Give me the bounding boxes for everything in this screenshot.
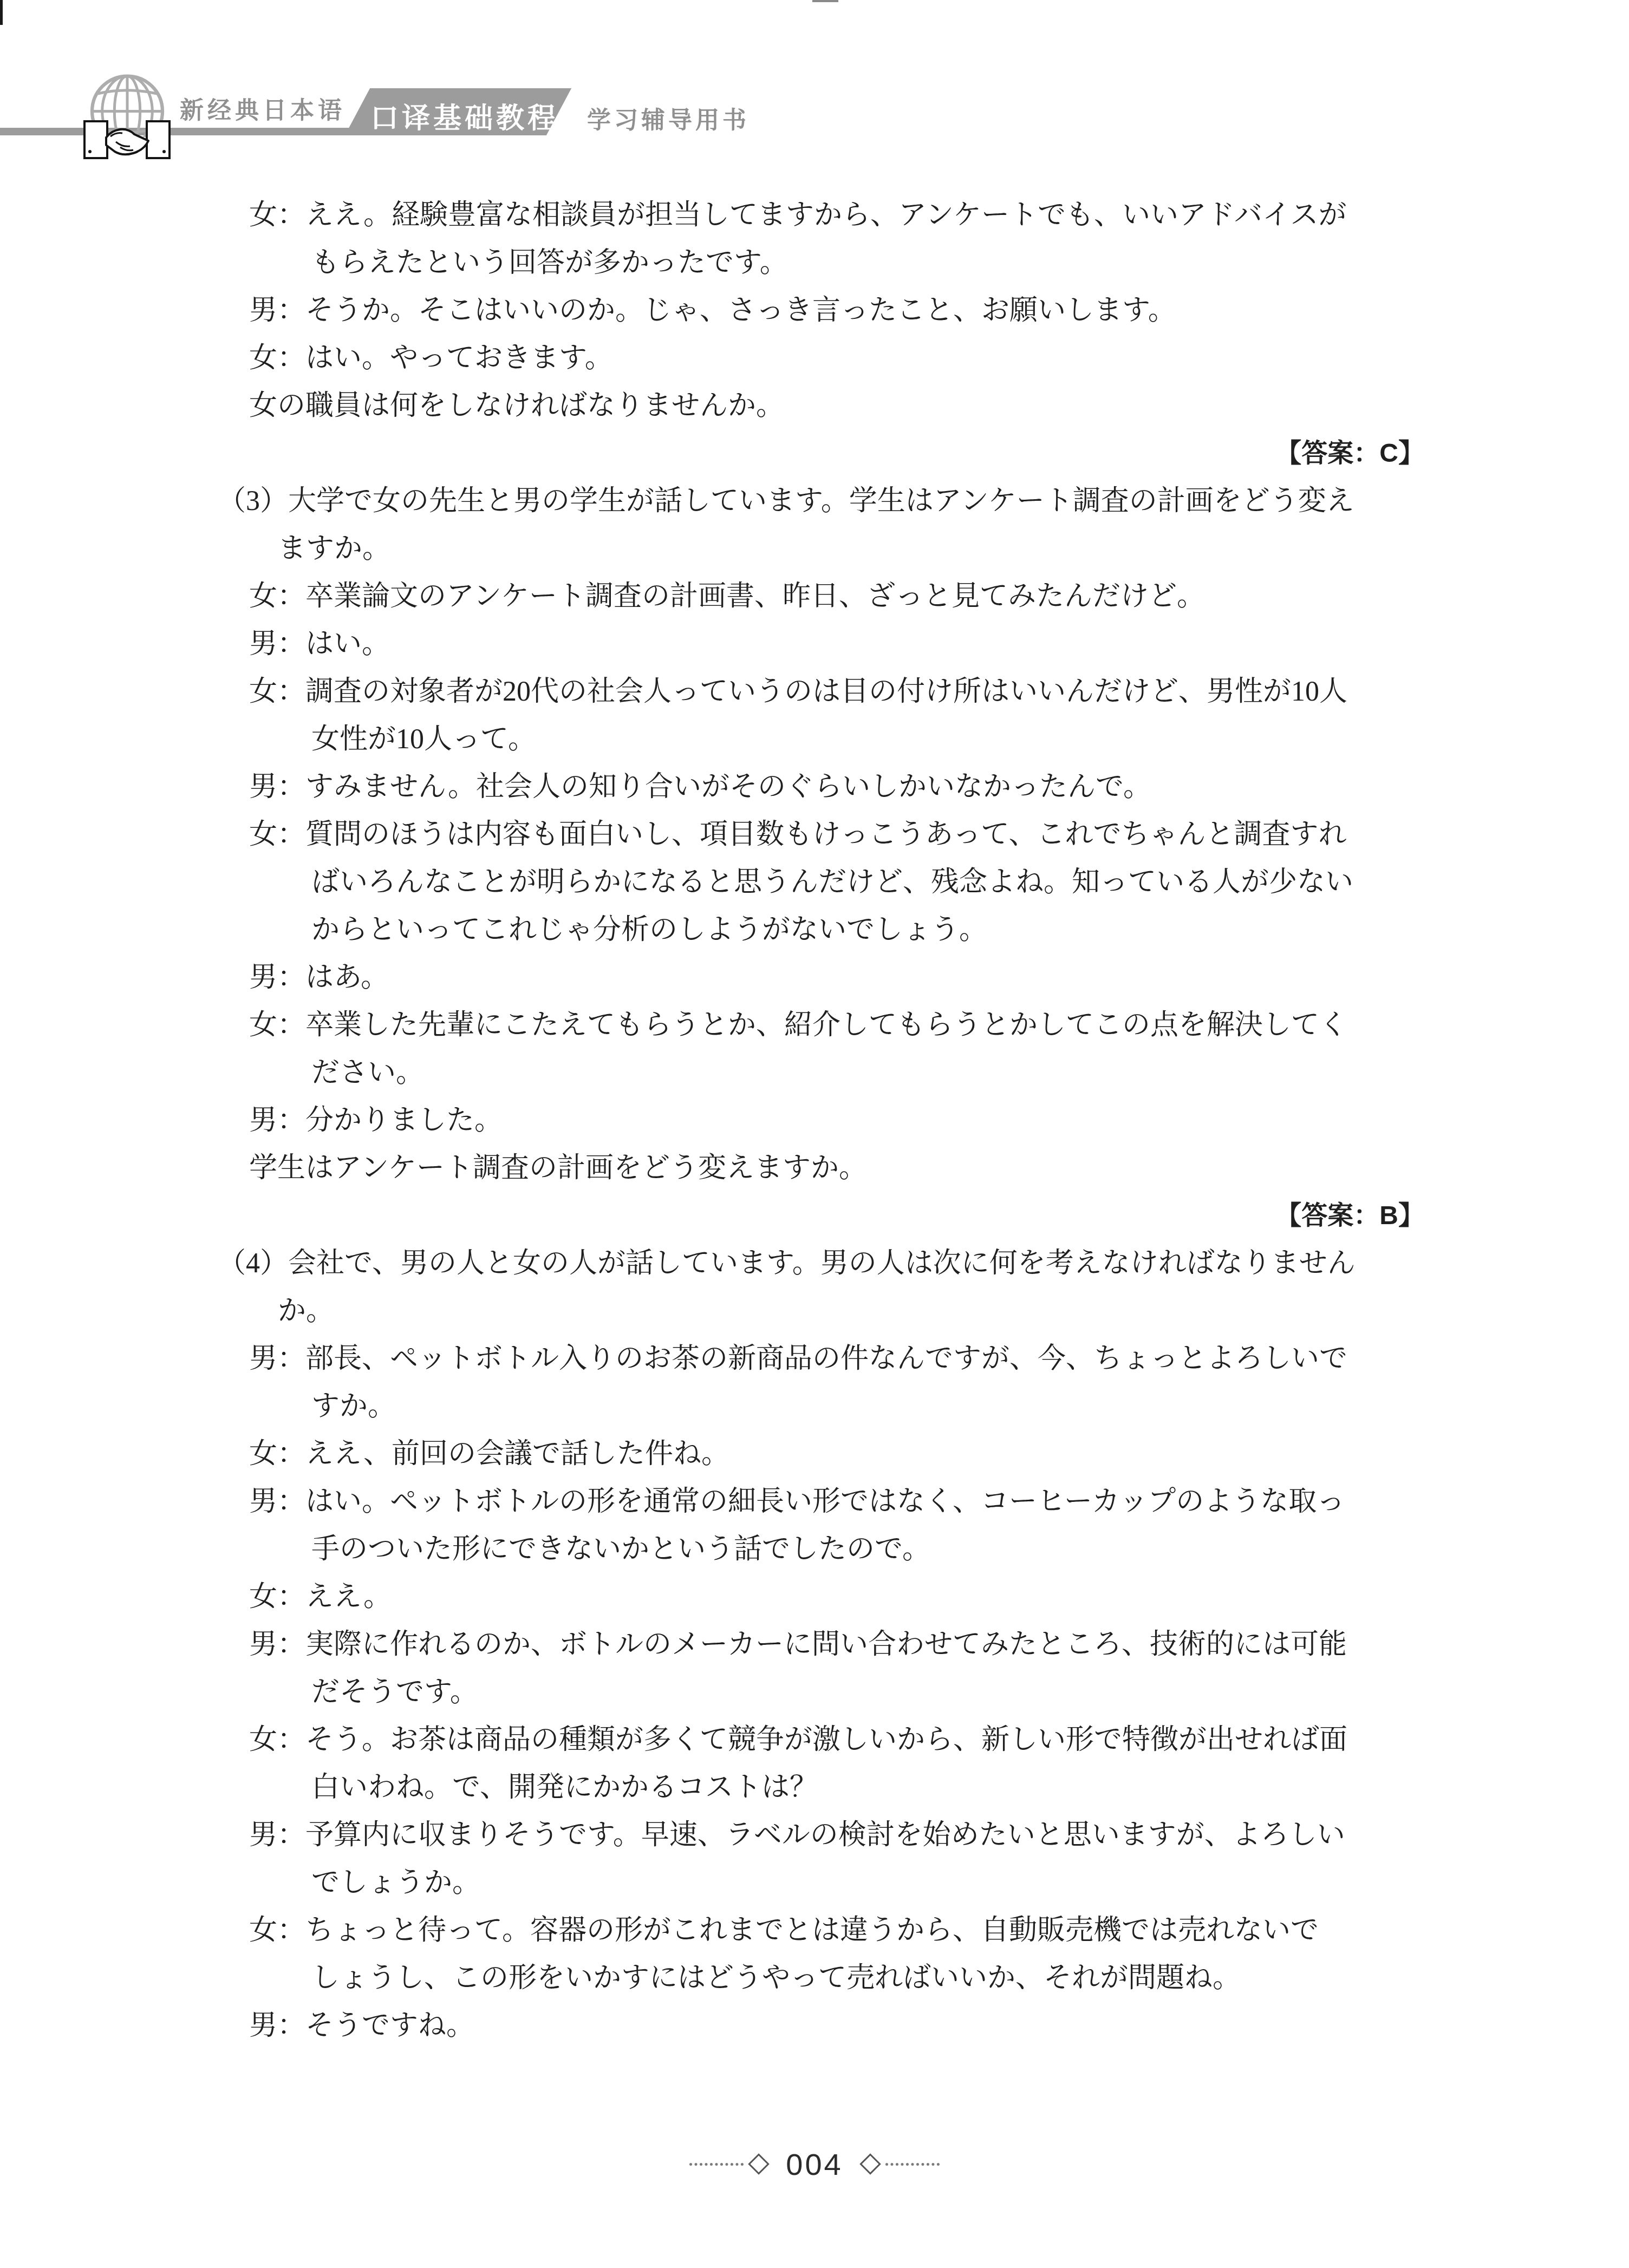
- text-line-cont: 手のついた形にできないかという話でしたので。: [0, 1526, 1629, 1573]
- text-line-dialogue: 女：はい。やっておきます。: [0, 335, 1629, 382]
- text-line-cont: だそうです。: [0, 1669, 1629, 1716]
- text-line-dialogue: 男：予算内に収まりそうです。早速、ラベルの検討を始めたいと思いますが、よろしい: [0, 1812, 1629, 1859]
- text-line-cont: ばいろんなことが明らかになると思うんだけど、残念よね。知っている人が少ない: [0, 859, 1629, 906]
- text-line-dialogue: 男：そうか。そこはいいのか。じゃ、さっき言ったこと、お願いします。: [0, 287, 1629, 335]
- text-line-cont: 白いわね。で、開発にかかるコストは？: [0, 1764, 1629, 1812]
- text-line-dialogue: 女：そう。お茶は商品の種類が多くて競争が激しいから、新しい形で特徴が出せれば面: [0, 1716, 1629, 1764]
- text-line-answer: 【答案：C】: [0, 430, 1629, 478]
- text-line-question: （3）大学で女の先生と男の学生が話しています。学生はアンケート調査の計画をどう変…: [0, 478, 1629, 525]
- text-line-dialogue: 女：ええ。経験豊富な相談員が担当してますから、アンケートでも、いいアドバイスが: [0, 192, 1629, 239]
- text-line-dialogue: 男：実際に作れるのか、ボトルのメーカーに問い合わせてみたところ、技術的には可能: [0, 1621, 1629, 1669]
- page-footer: 004: [0, 2140, 1629, 2188]
- text-line-dialogue: 男：分かりました。: [0, 1097, 1629, 1145]
- text-line-dialogue: 男：はい。: [0, 620, 1629, 668]
- book-page: 新经典日本语 口译基础教程 学习辅导用书 女：ええ。経験豊富な相談員が担当してま…: [0, 0, 1629, 2268]
- transcript-content: 女：ええ。経験豊富な相談員が担当してますから、アンケートでも、いいアドバイスがも…: [0, 192, 1629, 2050]
- text-line-dialogue: 男：そうですね。: [0, 2002, 1629, 2050]
- text-line-dialogue: 男：はあ。: [0, 954, 1629, 1002]
- text-line-dialogue: 女：ちょっと待って。容器の形がこれまでとは違うから、自動販売機では売れないで: [0, 1907, 1629, 1955]
- footer-dotted-rule-right: [885, 2163, 940, 2166]
- text-line-restate: 女の職員は何をしなければなりませんか。: [0, 382, 1629, 430]
- text-line-cont: もらえたという回答が多かったです。: [0, 239, 1629, 287]
- text-line-dialogue: 女：卒業論文のアンケート調査の計画書、昨日、ざっと見てみたんだけど。: [0, 573, 1629, 620]
- text-line-cont: しょうし、この形をいかすにはどうやって売ればいいか、それが問題ね。: [0, 1955, 1629, 2002]
- text-line-restate: 学生はアンケート調査の計画をどう変えますか。: [0, 1145, 1629, 1192]
- diamond-icon: [748, 2153, 770, 2175]
- diamond-icon: [859, 2153, 881, 2175]
- text-line-dialogue: 女：ええ、前回の会議で話した件ね。: [0, 1430, 1629, 1478]
- text-line-cont: ださい。: [0, 1049, 1629, 1097]
- page-header: 新经典日本语 口译基础教程 学习辅导用书: [0, 0, 1629, 173]
- text-line-cont: でしょうか。: [0, 1859, 1629, 1907]
- course-title: 口译基础教程: [370, 95, 559, 136]
- footer-dotted-rule-left: [689, 2163, 744, 2166]
- text-line-cont: すか。: [0, 1383, 1629, 1430]
- text-line-dialogue: 女：ええ。: [0, 1573, 1629, 1621]
- text-line-dialogue: 女：卒業した先輩にこたえてもらうとか、紹介してもらうとかしてこの点を解決してく: [0, 1002, 1629, 1049]
- book-type-label: 学习辅导用书: [587, 101, 750, 135]
- text-line-cont: からといってこれじゃ分析のしようがないでしょう。: [0, 906, 1629, 954]
- page-number: 004: [786, 2147, 843, 2182]
- text-line-dialogue: 女：調査の対象者が20代の社会人っていうのは目の付け所はいいんだけど、男性が10…: [0, 668, 1629, 716]
- text-line-question: （4）会社で、男の人と女の人が話しています。男の人は次に何を考えなければなりませ…: [0, 1240, 1629, 1287]
- text-line-dialogue: 女：質問のほうは内容も面白いし、項目数もけっこうあって、これでちゃんと調査すれ: [0, 811, 1629, 859]
- text-line-dialogue: 男：部長、ペットボトル入りのお茶の新商品の件なんですが、今、ちょっとよろしいで: [0, 1335, 1629, 1383]
- text-line-cont: 女性が10人って。: [0, 716, 1629, 763]
- series-title: 新经典日本语: [180, 91, 346, 126]
- handshake-icon: [82, 113, 172, 169]
- text-line-question-cont: ますか。: [0, 525, 1629, 573]
- text-line-dialogue: 男：すみません。社会人の知り合いがそのぐらいしかいなかったんで。: [0, 763, 1629, 811]
- text-line-dialogue: 男：はい。ペットボトルの形を通常の細長い形ではなく、コーヒーカップのような取っ: [0, 1478, 1629, 1526]
- text-line-question-cont: か。: [0, 1287, 1629, 1335]
- text-line-answer: 【答案：B】: [0, 1192, 1629, 1240]
